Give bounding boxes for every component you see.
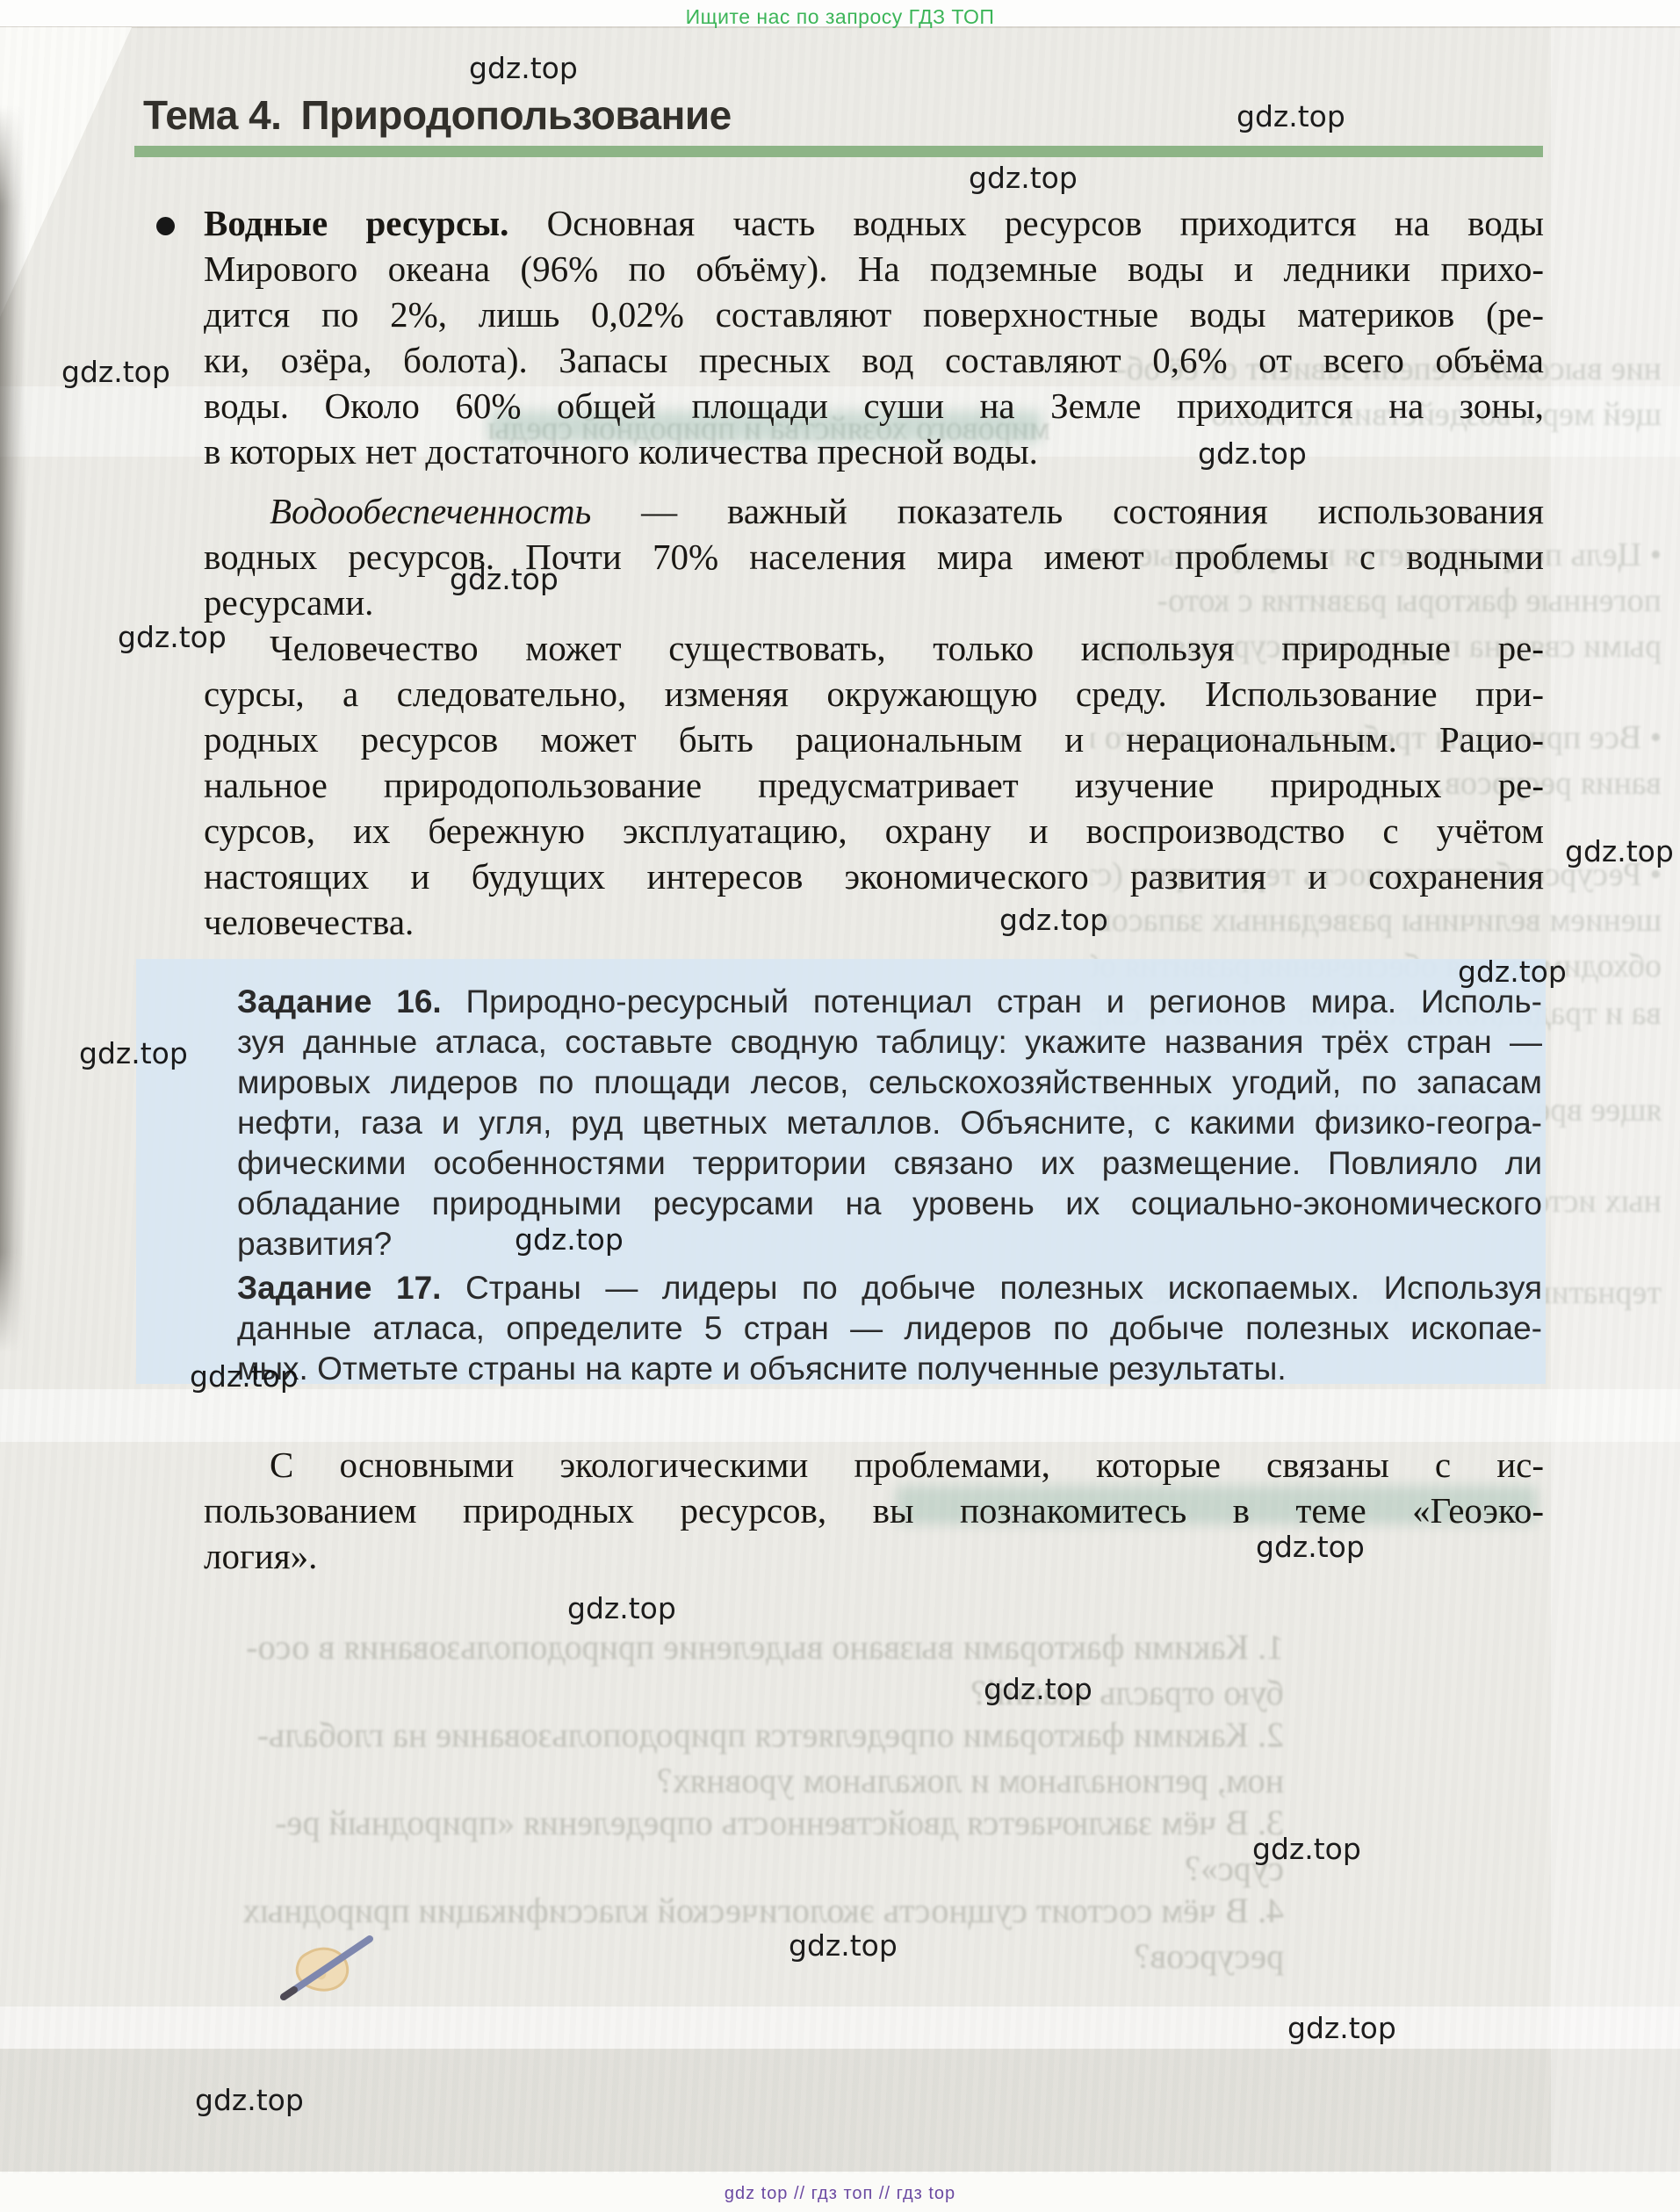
gdz-watermark: gdz.top (1198, 436, 1307, 471)
text-line: пользованием природных ресурсов, вы позн… (204, 1488, 1544, 1533)
text-line: настоящих и будущих интересов экономичес… (204, 854, 1544, 899)
gdz-watermark: gdz.top (1237, 99, 1345, 133)
gdz-watermark: gdz.top (1287, 2011, 1396, 2045)
gdz-watermark: gdz.top (984, 1672, 1092, 1706)
paragraph-water-availability: Водообеспеченность — важный показатель с… (204, 488, 1544, 625)
chapter-header: Тема 4.Природопользование (143, 91, 732, 139)
gdz-watermark: gdz.top (1256, 1530, 1365, 1564)
gdz-watermark: gdz.top (515, 1222, 624, 1257)
footer-watermark-line: gdz top // гдз топ // гдз top (0, 2184, 1680, 2204)
chapter-divider-bar (134, 146, 1543, 157)
gdz-watermark: gdz.top (190, 1359, 299, 1394)
text-line: развития? (237, 1224, 1542, 1265)
gdz-watermark: gdz.top (789, 1928, 898, 1963)
text-line: человечества. (204, 899, 1544, 945)
gdz-watermark: gdz.top (1458, 955, 1567, 989)
text-line: родных ресурсов может быть рациональным … (204, 717, 1544, 762)
paragraph-humanity-resources: Человечество может существовать, только … (204, 625, 1544, 945)
bleedthrough-text: 2. Какими факторами определяется природо… (123, 1714, 1284, 1755)
bleedthrough-text: бую отрасль знаний? (123, 1672, 1284, 1713)
bleedthrough-text: 1. Какими факторами вызвано выделение пр… (123, 1626, 1284, 1668)
paragraph-water-resources: Водные ресурсы. Основная часть водных ре… (204, 200, 1544, 474)
text-line: фическими особенностями территории связа… (237, 1143, 1542, 1184)
chapter-title: Природопользование (300, 92, 731, 138)
task-box: Задание 16. Природно-ресурсный потенциал… (136, 959, 1546, 1384)
gdz-watermark: gdz.top (1565, 834, 1674, 868)
text-line: ки, озёра, болота). Запасы пресных вод с… (204, 337, 1544, 383)
gdz-watermark: gdz.top (118, 620, 227, 654)
task-17: Задание 17. Страны — лидеры по добыче по… (237, 1268, 1542, 1389)
text-line: мых. Отметьте страны на карте и объяснит… (237, 1349, 1542, 1389)
text-line: сурсы, а следовательно, изменяя окружающ… (204, 671, 1544, 717)
bleedthrough-text: 3. В чём заключается двойственность опре… (123, 1802, 1284, 1843)
text-line: Водные ресурсы. Основная часть водных ре… (204, 200, 1544, 246)
text-line: водных ресурсов. Почти 70% населения мир… (204, 534, 1544, 580)
bleedthrough-text: 4. В чём состоит сущность экологической … (123, 1890, 1284, 1931)
list-bullet (156, 217, 175, 235)
text-line: ресурсами. (204, 580, 1544, 625)
text-line: воды. Около 60% общей площади суши на Зе… (204, 383, 1544, 429)
scanned-textbook-page: { "page": { "promo_top": "Ищите нас по з… (0, 0, 1680, 2212)
gdz-watermark: gdz.top (61, 355, 170, 389)
text-line: мировых лидеров по площади лесов, сельск… (237, 1063, 1542, 1103)
gdz-watermark: gdz.top (450, 562, 559, 596)
text-line: Водообеспеченность — важный показатель с… (204, 488, 1544, 534)
text-line: обладание природными ресурсами на уровен… (237, 1184, 1542, 1224)
book-spine-shadow (0, 105, 26, 1352)
pencil-icon (275, 1928, 379, 2006)
gdz-watermark: gdz.top (1252, 1832, 1361, 1866)
chapter-label: Тема 4. (143, 92, 281, 138)
text-line: Задание 17. Страны — лидеры по добыче по… (237, 1268, 1542, 1308)
text-line: Задание 16. Природно-ресурсный потенциал… (237, 982, 1542, 1022)
text-line: сурсов, их бережную эксплуатацию, охрану… (204, 808, 1544, 854)
gdz-watermark: gdz.top (999, 903, 1108, 937)
gdz-watermark: gdz.top (195, 2083, 304, 2117)
text-line: данные атласа, определите 5 стран — лиде… (237, 1308, 1542, 1349)
text-line: в которых нет достаточного количества пр… (204, 429, 1544, 474)
text-line: зуя данные атласа, составьте сводную таб… (237, 1022, 1542, 1063)
gdz-watermark: gdz.top (567, 1591, 676, 1625)
bleedthrough-text: сурс»? (123, 1848, 1284, 1889)
bleedthrough-text: ном, региональном и локальном уровнях? (123, 1760, 1284, 1801)
text-line: нальное природопользование предусматрива… (204, 762, 1544, 808)
gdz-watermark: gdz.top (79, 1036, 188, 1070)
gdz-watermark: gdz.top (969, 161, 1078, 195)
promo-banner: Ищите нас по запросу ГДЗ ТОП (0, 5, 1680, 29)
text-line: Человечество может существовать, только … (204, 625, 1544, 671)
text-line: дится по 2%, лишь 0,02% составляют повер… (204, 292, 1544, 337)
task-16: Задание 16. Природно-ресурсный потенциал… (237, 982, 1542, 1265)
text-line: Мирового океана (96% по объёму). На подз… (204, 246, 1544, 292)
text-line: С основными экологическими проблемами, к… (204, 1442, 1544, 1488)
text-line: нефти, газа и угля, руд цветных металлов… (237, 1103, 1542, 1143)
gdz-watermark: gdz.top (469, 51, 578, 85)
